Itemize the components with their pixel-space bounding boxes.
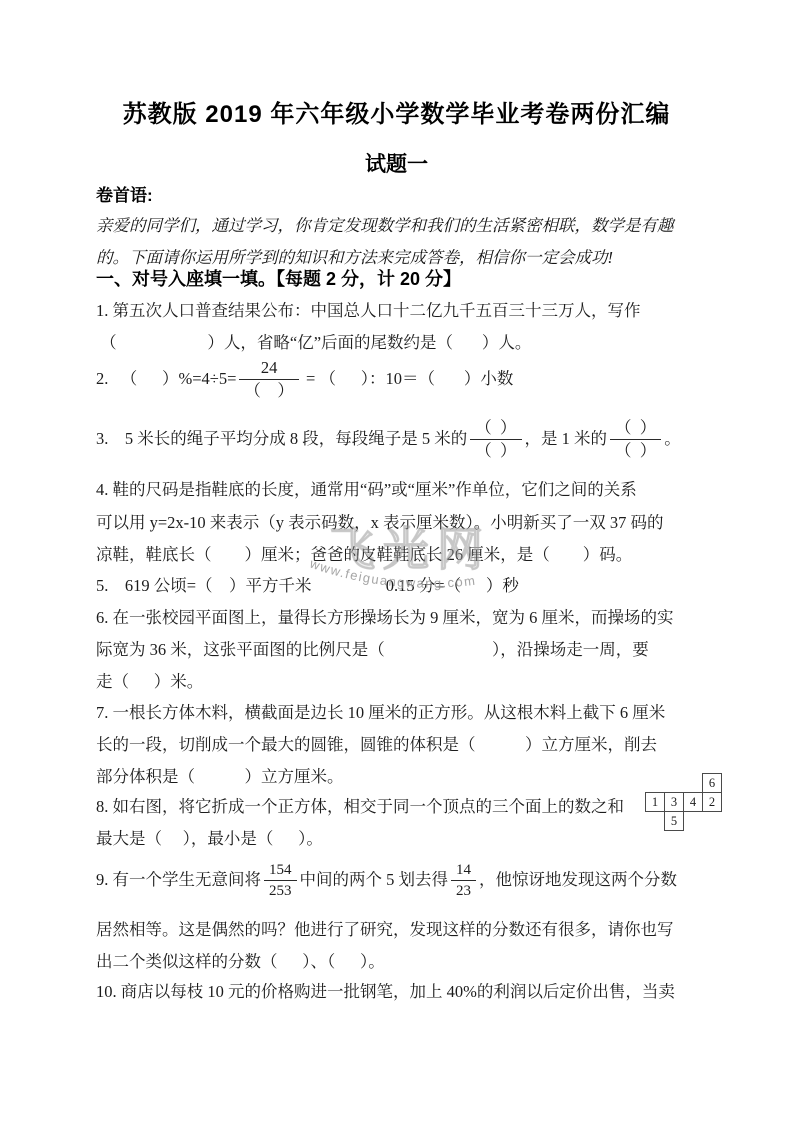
q3-text-post: 。 <box>664 427 681 451</box>
q9-fraction-2: 1423 <box>451 861 476 900</box>
preface-line-1: 亲爱的同学们，通过学习，你肯定发现数学和我们的生活紧密相联，数学是有趣 <box>96 214 708 238</box>
q3-text-pre: 3. 5 米长的绳子平均分成 8 段，每段绳子是 5 米的 <box>96 427 467 451</box>
cube-net-cell-1: 1 <box>645 792 665 812</box>
cube-net-cell-4: 4 <box>683 792 703 812</box>
q9-fraction2-denominator: 23 <box>451 881 476 900</box>
exam-page: 苏教版 2019 年六年级小学数学毕业考卷两份汇编 试题一 卷首语: 亲爱的同学… <box>0 0 793 1122</box>
q9-line2: 居然相等。这是偶然的吗？他进行了研究，发现这样的分数还有很多，请你也写 <box>96 918 708 942</box>
q4-line2: 可以用 y=2x-10 来表示（y 表示码数，x 表示厘米数）。小明新买了一双 … <box>96 511 708 535</box>
q1-line1: 1. 第五次人口普查结果公布：中国总人口十二亿九千五百三十三万人，写作 <box>96 299 708 323</box>
q9-fraction2-numerator: 14 <box>451 861 476 881</box>
q3-fraction1-denominator: （ ） <box>470 440 521 461</box>
q3-fraction2-numerator: （ ） <box>610 418 661 440</box>
q7-line3: 部分体积是（ ）立方厘米。 <box>96 765 708 789</box>
q2-text-pre: 2. （ ）%=4÷5= <box>96 367 236 391</box>
q3-fraction2-denominator: （ ） <box>610 440 661 461</box>
section1-header: 一、对号入座填一填。【每题 2 分，计 20 分】 <box>96 267 708 291</box>
q2-fraction-denominator: （ ） <box>239 380 299 401</box>
q9-text-pre: 9. 有一个学生无意间将 <box>96 868 261 892</box>
q8-line2: 最大是（ ），最小是（ ）。 <box>96 827 708 851</box>
q3-fraction-1: （ ）（ ） <box>470 418 521 461</box>
q8-line1: 8. 如右图，将它折成一个正方体，相交于同一个顶点的三个面上的数之和 <box>96 795 636 819</box>
q7-line1: 7. 一根长方体木料，横截面是边长 10 厘米的正方形。从这根木料上截下 6 厘… <box>96 701 708 725</box>
q2-line: 2. （ ）%=4÷5=24（ ） = （ ）：10＝（ ）小数 <box>96 352 708 406</box>
q9-line1: 9. 有一个学生无意间将154253中间的两个 5 划去得1423，他惊讶地发现… <box>96 852 708 908</box>
q2-text-post: = （ ）：10＝（ ）小数 <box>302 367 513 391</box>
page-title: 苏教版 2019 年六年级小学数学毕业考卷两份汇编 <box>0 94 793 129</box>
preface-label: 卷首语: <box>96 184 708 208</box>
q2-fraction-numerator: 24 <box>239 358 299 380</box>
q3-text-mid: ，是 1 米的 <box>525 427 608 451</box>
q9-text-mid: 中间的两个 5 划去得 <box>300 868 449 892</box>
q4-line1: 4. 鞋的尺码是指鞋底的长度，通常用“码”或“厘米”作单位，它们之间的关系 <box>96 478 708 502</box>
q3-line: 3. 5 米长的绳子平均分成 8 段，每段绳子是 5 米的（ ）（ ），是 1 … <box>96 412 708 466</box>
q5-line: 5. 619 公顷=（ ）平方千米 0.15 分=（ ）秒 <box>96 574 708 598</box>
q9-text-post: ，他惊讶地发现这两个分数 <box>479 868 677 892</box>
q6-line2: 际宽为 36 米，这张平面图的比例尺是（ ），沿操场走一周，要 <box>96 638 708 662</box>
cube-net-cell-5: 5 <box>664 811 684 831</box>
q3-fraction1-numerator: （ ） <box>470 418 521 440</box>
q3-fraction-2: （ ）（ ） <box>610 418 661 461</box>
q9-fraction1-denominator: 253 <box>264 881 297 900</box>
q6-line1: 6. 在一张校园平面图上，量得长方形操场长为 9 厘米，宽为 6 厘米，而操场的… <box>96 606 708 630</box>
q10-line: 10. 商店以每枝 10 元的价格购进一批钢笔，加上 40%的利润以后定价出售，… <box>96 980 708 1004</box>
q9-line3: 出二个类似这样的分数（ ）、（ ）。 <box>96 950 708 974</box>
page-subtitle: 试题一 <box>0 148 793 178</box>
q9-fraction-1: 154253 <box>264 861 297 900</box>
q9-fraction1-numerator: 154 <box>264 861 297 881</box>
q2-fraction: 24（ ） <box>239 358 299 401</box>
cube-net-cell-6: 6 <box>702 773 722 793</box>
q6-line3: 走（ ）米。 <box>96 670 708 694</box>
cube-net-diagram: 6 1 3 4 2 5 <box>645 773 725 834</box>
q4-line3: 凉鞋，鞋底长（ ）厘米；爸爸的皮鞋鞋底长 26 厘米，是（ ）码。 <box>96 543 708 567</box>
q7-line2: 长的一段，切削成一个最大的圆锥，圆锥的体积是（ ）立方厘米，削去 <box>96 733 708 757</box>
cube-net-cell-2: 2 <box>702 792 722 812</box>
cube-net-cell-3: 3 <box>664 792 684 812</box>
